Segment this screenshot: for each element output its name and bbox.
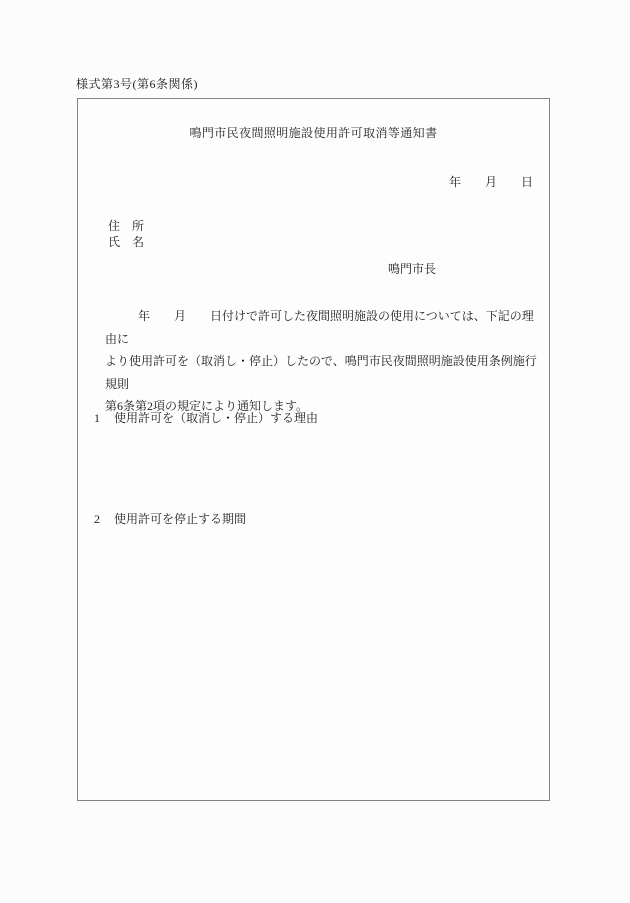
recipient-address-label: 住 所 [108,219,144,233]
document-page: 様式第3号(第6条関係) 鳴門市民夜間照明施設使用許可取消等通知書 年 月 日 … [0,0,630,903]
item-2-label: 使用許可を停止する期間 [114,512,246,526]
recipient-name-label: 氏 名 [108,235,144,249]
period-blank-area [94,530,533,890]
form-number-label: 様式第3号(第6条関係) [76,77,198,91]
document-title: 鳴門市民夜間照明施設使用許可取消等通知書 [78,126,549,140]
reason-blank-area [94,429,533,509]
item-1-reason: 1 使用許可を（取消し・停止）する理由 [94,411,318,425]
issuer-mayor-label: 鳴門市長 [388,262,436,276]
form-border-box: 鳴門市民夜間照明施設使用許可取消等通知書 年 月 日 住 所 氏 名 鳴門市長 … [77,98,550,801]
item-2-number: 2 [94,512,100,526]
body-line-2: より使用許可を（取消し・停止）したので、鳴門市民夜間照明施設使用条例施行規則 [105,350,543,395]
body-paragraph: 年 月 日付けで許可した夜間照明施設の使用については、下記の理由に より使用許可… [105,305,543,418]
body-line-1: 年 月 日付けで許可した夜間照明施設の使用については、下記の理由に [105,305,543,350]
issue-date-line: 年 月 日 [449,175,533,189]
item-2-period: 2 使用許可を停止する期間 [94,512,246,526]
item-1-label: 使用許可を（取消し・停止）する理由 [114,411,318,425]
item-1-number: 1 [94,411,100,425]
